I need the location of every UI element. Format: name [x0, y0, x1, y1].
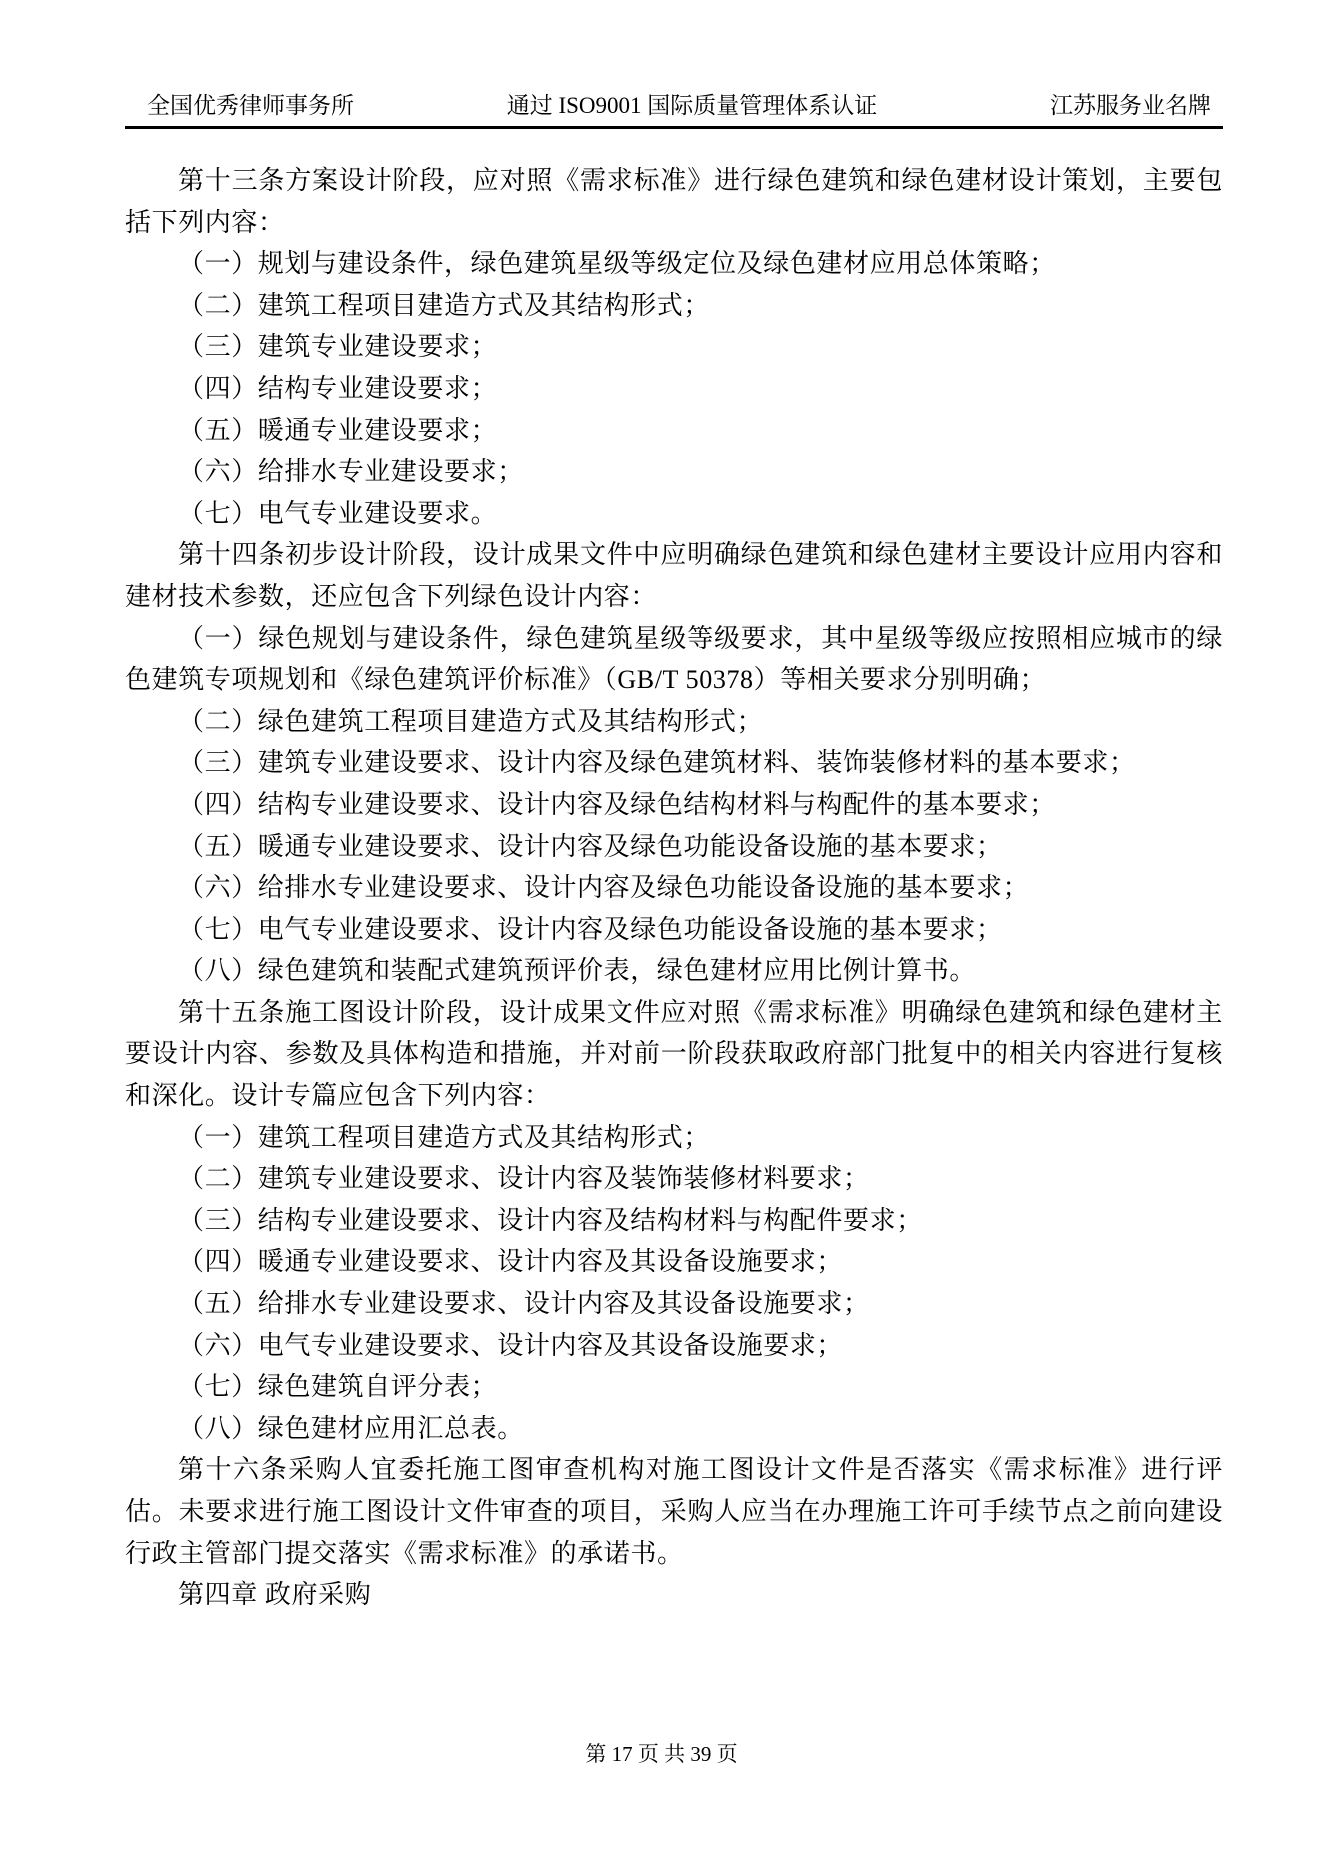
header-center-text: 通过 ISO9001 国际质量管理体系认证: [507, 93, 878, 119]
article-14-item-5: （五）暖通专业建设要求、设计内容及绿色功能设备设施的基本要求；: [125, 826, 1223, 868]
article-13-item-1: （一）规划与建设条件，绿色建筑星级等级定位及绿色建材应用总体策略；: [125, 243, 1223, 285]
article-14-item-6: （六）给排水专业建设要求、设计内容及绿色功能设备设施的基本要求；: [125, 867, 1223, 909]
article-14-item-4: （四）结构专业建设要求、设计内容及绿色结构材料与构配件的基本要求；: [125, 784, 1223, 826]
article-13-item-6: （六）给排水专业建设要求；: [125, 451, 1223, 493]
article-15-item-8: （八）绿色建材应用汇总表。: [125, 1408, 1223, 1450]
article-14-item-7: （七）电气专业建设要求、设计内容及绿色功能设备设施的基本要求；: [125, 909, 1223, 951]
document-body: 第十三条方案设计阶段，应对照《需求标准》进行绿色建筑和绿色建材设计策划，主要包括…: [125, 160, 1223, 1616]
article-14-item-8: （八）绿色建筑和装配式建筑预评价表，绿色建材应用比例计算书。: [125, 950, 1223, 992]
article-16: 第十六条采购人宜委托施工图审查机构对施工图设计文件是否落实《需求标准》进行评估。…: [125, 1449, 1223, 1574]
page-footer: 第 17 页 共 39 页: [0, 1740, 1323, 1768]
article-15-item-5: （五）给排水专业建设要求、设计内容及其设备设施要求；: [125, 1283, 1223, 1325]
article-13-item-3: （三）建筑专业建设要求；: [125, 326, 1223, 368]
article-13-item-7: （七）电气专业建设要求。: [125, 493, 1223, 535]
article-15-item-6: （六）电气专业建设要求、设计内容及其设备设施要求；: [125, 1325, 1223, 1367]
article-15-item-3: （三）结构专业建设要求、设计内容及结构材料与构配件要求；: [125, 1200, 1223, 1242]
article-14-item-3: （三）建筑专业建设要求、设计内容及绿色建筑材料、装饰装修材料的基本要求；: [125, 742, 1223, 784]
article-14-item-1: （一）绿色规划与建设条件，绿色建筑星级等级要求，其中星级等级应按照相应城市的绿色…: [125, 618, 1223, 701]
article-15-item-2: （二）建筑专业建设要求、设计内容及装饰装修材料要求；: [125, 1158, 1223, 1200]
article-14-item-2: （二）绿色建筑工程项目建造方式及其结构形式；: [125, 701, 1223, 743]
article-15-item-1: （一）建筑工程项目建造方式及其结构形式；: [125, 1117, 1223, 1159]
chapter-4-heading: 第四章 政府采购: [125, 1574, 1223, 1616]
article-13-item-2: （二）建筑工程项目建造方式及其结构形式；: [125, 285, 1223, 327]
article-13-item-4: （四）结构专业建设要求；: [125, 368, 1223, 410]
header-left-text: 全国优秀律师事务所: [147, 93, 354, 119]
header-right-text: 江苏服务业名牌: [1050, 93, 1211, 119]
article-15-item-4: （四）暖通专业建设要求、设计内容及其设备设施要求；: [125, 1241, 1223, 1283]
article-15-intro: 第十五条施工图设计阶段，设计成果文件应对照《需求标准》明确绿色建筑和绿色建材主要…: [125, 992, 1223, 1117]
footer-page-number: 第 17 页 共 39 页: [585, 1742, 737, 1766]
article-13-item-5: （五）暖通专业建设要求；: [125, 410, 1223, 452]
article-13-intro: 第十三条方案设计阶段，应对照《需求标准》进行绿色建筑和绿色建材设计策划，主要包括…: [125, 160, 1223, 243]
article-14-intro: 第十四条初步设计阶段，设计成果文件中应明确绿色建筑和绿色建材主要设计应用内容和建…: [125, 534, 1223, 617]
document-page: 全国优秀律师事务所 通过 ISO9001 国际质量管理体系认证 江苏服务业名牌 …: [0, 0, 1323, 1871]
page-header: 全国优秀律师事务所 通过 ISO9001 国际质量管理体系认证 江苏服务业名牌: [125, 84, 1223, 129]
article-15-item-7: （七）绿色建筑自评分表；: [125, 1366, 1223, 1408]
